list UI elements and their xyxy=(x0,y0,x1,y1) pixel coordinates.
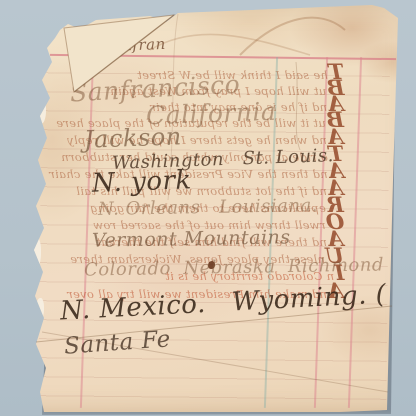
handwritten-line-jackson: Jackson xyxy=(84,122,183,153)
heading-text: Sanfran xyxy=(102,35,166,55)
torn-edge-fibre xyxy=(36,98,46,124)
handwritten-line-ny: N. york xyxy=(92,165,193,198)
torn-edge-fibre xyxy=(36,298,44,320)
document-scan: The said I think will be W Street But wi… xyxy=(0,0,416,416)
handwritten-line-vermont: Vermont Mountains xyxy=(92,226,291,251)
handwritten-line-orleans: N. Orleans Louisiana. xyxy=(98,195,318,220)
torn-edge-fibre xyxy=(32,238,41,268)
paper: The said I think will be W Street But wi… xyxy=(0,0,416,416)
